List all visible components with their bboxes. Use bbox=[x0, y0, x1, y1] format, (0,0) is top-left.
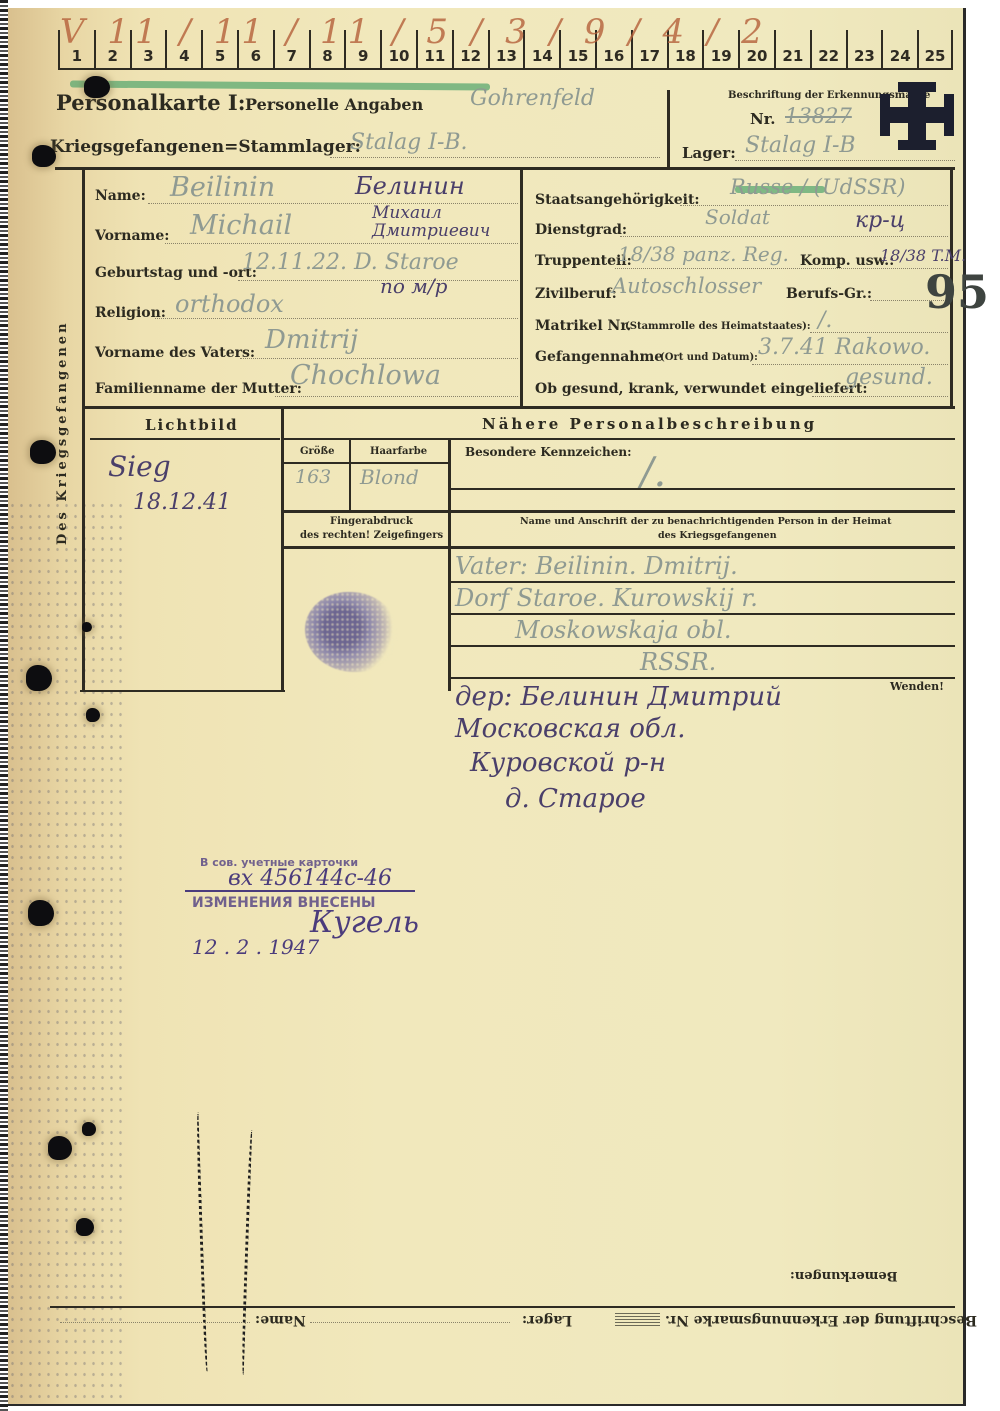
ruler-cell: 21 bbox=[774, 30, 810, 70]
tag-lager-value: Stalag I-B bbox=[745, 133, 856, 158]
name-value: Beilinin bbox=[170, 172, 275, 203]
punch-hole bbox=[32, 145, 56, 167]
groesse-value: 163 bbox=[295, 466, 331, 488]
contact-line: Vater: Beilinin. Dmitrij. bbox=[455, 552, 738, 580]
name-cyrillic: Белинин bbox=[355, 172, 465, 200]
vater-label: Vorname des Vaters: bbox=[95, 345, 255, 361]
stamp-signature: Кугель bbox=[310, 905, 419, 940]
dienstgrad-label: Dienstgrad: bbox=[535, 222, 627, 238]
gefangennahme-value: 3.7.41 Rakowo. bbox=[758, 335, 930, 360]
ruler-cell: 22 bbox=[810, 30, 846, 70]
haarfarbe-value: Blond bbox=[360, 465, 419, 489]
punch-hole bbox=[84, 76, 110, 98]
gesund-value: gesund. bbox=[845, 365, 933, 390]
ruler-cell: 25 bbox=[917, 30, 953, 70]
berufsgr-value: 95 bbox=[925, 265, 989, 319]
mutter-value: Chochlowa bbox=[290, 360, 441, 391]
lichtbild-signature: Sieg bbox=[108, 450, 171, 483]
dienstgrad-value: Soldat bbox=[705, 205, 770, 229]
cyrillic-note-line: Московская обл. bbox=[455, 714, 686, 744]
name-label: Name: bbox=[95, 188, 146, 204]
ruler-handwritten-number: V 11 / 11 / 11 / 5 / 3 / 9 / 4 / 2 bbox=[60, 12, 769, 52]
contact-line: RSSR. bbox=[640, 648, 716, 676]
bemerkungen-label: Bemerkungen: bbox=[790, 1268, 898, 1283]
vorname-value: Michail bbox=[190, 210, 292, 241]
stamp-date: 12 . 2 . 1947 bbox=[192, 935, 319, 959]
cross-stamp-icon bbox=[878, 80, 958, 152]
geburt-value: 12.11.22. D. Staroe bbox=[242, 250, 459, 275]
religion-value: orthodox bbox=[175, 290, 284, 318]
contact-line: Moskowskaja obl. bbox=[515, 616, 732, 644]
stammlager-label: Kriegsgefangenen=Stammlager: bbox=[50, 137, 361, 157]
matrikel-value: /. bbox=[818, 308, 832, 333]
lichtbild-date: 18.12.41 bbox=[133, 490, 231, 515]
dienstgrad-cyrillic: кр-ц bbox=[855, 208, 905, 233]
tag-nr-value: 13827 bbox=[785, 104, 852, 128]
zivilberuf-value: Autoschlosser bbox=[612, 274, 761, 298]
footer-name-label: Name: bbox=[255, 1312, 306, 1328]
matrikel-note: (Stammrolle des Heimatstaates): bbox=[625, 321, 811, 332]
tag-nr-label: Nr. bbox=[750, 110, 775, 128]
finger-label-2: des rechten! Zeigefingers bbox=[300, 530, 443, 541]
footer-tag-lines bbox=[615, 1313, 660, 1327]
vater-value: Dmitrij bbox=[265, 325, 358, 355]
cyrillic-note-line: д. Старое bbox=[505, 784, 646, 814]
punch-hole bbox=[82, 1122, 96, 1136]
contact-line: Dorf Staroe. Kurowskij r. bbox=[455, 584, 758, 612]
gefangennahme-note: (Ort und Datum): bbox=[660, 352, 758, 363]
contact-heading-2: des Kriegsgefangenen bbox=[658, 530, 777, 541]
truppenteil-value: 18/38 panz. Reg. bbox=[618, 242, 789, 266]
scan-edge bbox=[0, 0, 8, 1411]
side-label: Des Kriegsgefangenen bbox=[55, 320, 70, 545]
vorname-cyrillic: Михаил Дмитриевич bbox=[372, 204, 542, 240]
vorname-label: Vorname: bbox=[95, 228, 169, 244]
ruler-cell: 23 bbox=[846, 30, 882, 70]
lichtbild-heading: Lichtbild bbox=[145, 416, 239, 434]
gefangennahme-label: Gefangennahme bbox=[535, 349, 663, 365]
kennzeichen-label: Besondere Kennzeichen: bbox=[465, 445, 632, 459]
stammlager-value: Stalag I-B. bbox=[350, 130, 468, 155]
geburt-cyrillic: по м/р bbox=[380, 274, 447, 298]
title-annotation: Gohrenfeld bbox=[470, 86, 595, 111]
staat-label: Staatsangehörigkeit: bbox=[535, 192, 700, 208]
ruler-cell: 24 bbox=[881, 30, 917, 70]
cyrillic-note-line: дер: Белинин Дмитрий bbox=[455, 682, 782, 712]
cyrillic-note-line: Куровской р-н bbox=[470, 748, 666, 778]
stamp-line-2: вх 456144с-46 bbox=[228, 866, 392, 891]
groesse-label: Größe bbox=[300, 446, 334, 457]
geburt-label: Geburtstag und -ort: bbox=[95, 265, 257, 281]
punch-hole bbox=[86, 708, 100, 722]
punch-hole bbox=[26, 665, 52, 691]
tag-lager-label: Lager: bbox=[682, 144, 736, 162]
wenden-note: Wenden! bbox=[890, 680, 944, 693]
footer-lager-label: Lager: bbox=[522, 1312, 572, 1328]
haarfarbe-label: Haarfarbe bbox=[370, 446, 427, 457]
matrikel-label: Matrikel Nr. bbox=[535, 318, 631, 334]
card-subtitle: Personelle Angaben bbox=[245, 95, 423, 114]
staat-value: Russe / (UdSSR) bbox=[730, 175, 906, 199]
punch-hole bbox=[28, 900, 54, 926]
punch-hole bbox=[82, 622, 92, 632]
berufsgr-label: Berufs-Gr.: bbox=[786, 286, 872, 302]
contact-heading-1: Name und Anschrift der zu benachrichtige… bbox=[520, 516, 891, 527]
komp-value: 18/38 T.M. bbox=[880, 246, 966, 265]
gesund-label: Ob gesund, krank, verwundet eingeliefert… bbox=[535, 381, 868, 397]
description-heading: Nähere Personalbeschreibung bbox=[482, 415, 817, 433]
finger-label-1: Fingerabdruck bbox=[330, 516, 413, 527]
mutter-label: Familienname der Mutter: bbox=[95, 381, 302, 397]
punch-hole bbox=[48, 1136, 72, 1160]
footer-tag-label: Beschriftung der Erkennungsmarke Nr. bbox=[665, 1312, 977, 1328]
scan-noise bbox=[8, 500, 128, 1400]
punch-hole bbox=[76, 1218, 94, 1236]
zivilberuf-label: Zivilberuf: bbox=[535, 286, 617, 302]
punch-hole bbox=[30, 440, 56, 464]
